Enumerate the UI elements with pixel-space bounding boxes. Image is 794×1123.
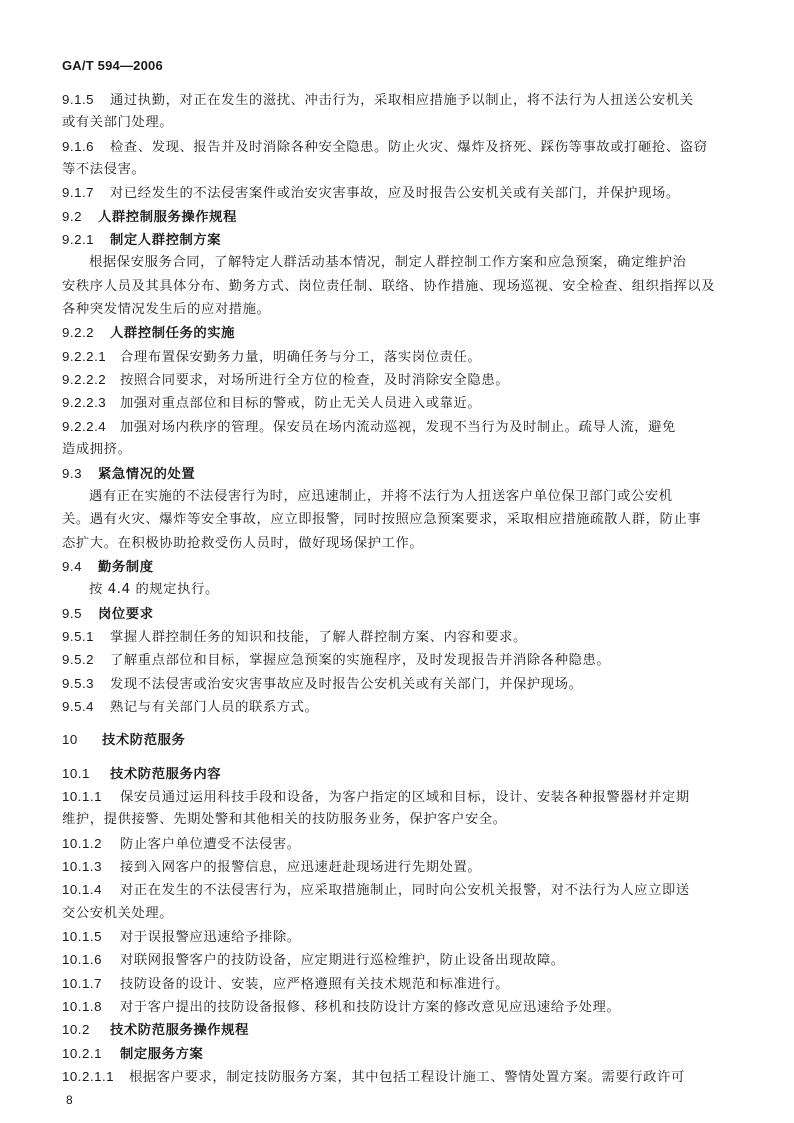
clause-text: 对联网报警客户的技防设备，应定期进行巡检维护，防止设备出现故障。: [120, 953, 565, 968]
heading-text: 技术防范服务: [102, 733, 185, 748]
clause-number: 10.1.5: [62, 925, 120, 948]
clause: 9.2.2.4加强对场内秩序的管理。保安员在场内流动巡视，发现不当行为及时制止。…: [62, 415, 732, 438]
clause-number: 9.5: [62, 602, 98, 625]
clause: 10.1.1保安员通过运用科技手段和设备，为客户指定的区域和目标，设计、安装各种…: [62, 785, 732, 808]
clause-number: 9.1.5: [62, 88, 110, 111]
clause: 9.1.5通过执勤，对正在发生的滋扰、冲击行为，采取相应措施予以制止，将不法行为…: [62, 88, 732, 111]
clause: 10.1.6对联网报警客户的技防设备，应定期进行巡检维护，防止设备出现故障。: [62, 948, 732, 971]
clause-number: 10.2: [62, 1018, 110, 1041]
standard-code-header: GA/T 594—2006: [62, 58, 163, 73]
section-heading: 9.3紧急情况的处置: [62, 462, 732, 485]
clause-text: 对正在发生的不法侵害行为，应采取措施制止，同时向公安机关报警，对不法行为人应立即…: [120, 883, 690, 898]
clause-text: 安秩序人员及其具体分布、勤务方式、岗位责任制、联络、协作措施、现场巡视、安全检查…: [62, 279, 715, 294]
heading-text: 勤务制度: [98, 560, 154, 575]
clause: 9.5.1掌握人群控制任务的知识和技能，了解人群控制方案、内容和要求。: [62, 625, 732, 648]
section-heading: 10技术防范服务: [62, 728, 732, 751]
clause: 10.1.5对于误报警应迅速给予排除。: [62, 925, 732, 948]
clause-text: 造成拥挤。: [62, 442, 131, 457]
clause-text: 加强对场内秩序的管理。保安员在场内流动巡视，发现不当行为及时制止。疏导人流，避免: [120, 420, 676, 435]
paragraph-line: 各种突发情况发生后的应对措施。: [62, 298, 732, 321]
clause-text: 对已经发生的不法侵害案件或治安灾害事故，应及时报告公安机关或有关部门，并保护现场…: [110, 186, 680, 201]
clause-text: 各种突发情况发生后的应对措施。: [62, 302, 270, 317]
clause-number: 9.2.2: [62, 321, 110, 344]
document-body: 9.1.5通过执勤，对正在发生的滋扰、冲击行为，采取相应措施予以制止，将不法行为…: [62, 88, 732, 1088]
clause-number: 10.1.8: [62, 995, 120, 1018]
clause-text: 对于误报警应迅速给予排除。: [120, 930, 301, 945]
paragraph-line: 交公安机关处理。: [62, 902, 732, 925]
clause-text: 技防设备的设计、安装，应严格遵照有关技术规范和标准进行。: [120, 977, 509, 992]
clause-text: 根据客户要求，制定技防服务方案，其中包括工程设计施工、警情处置方案。需要行政许可: [129, 1070, 685, 1085]
section-heading: 9.4勤务制度: [62, 555, 732, 578]
clause-number: 9.4: [62, 555, 98, 578]
paragraph-line: 造成拥挤。: [62, 438, 732, 461]
clause-number: 10.1: [62, 762, 110, 785]
clause-text: 合理布置保安勤务力量，明确任务与分工，落实岗位责任。: [120, 350, 481, 365]
clause-number: 9.2.2.1: [62, 345, 120, 368]
clause-number: 9.3: [62, 462, 98, 485]
clause-number: 9.1.7: [62, 181, 110, 204]
clause: 9.5.4熟记与有关部门人员的联系方式。: [62, 695, 732, 718]
clause-number: 10.1.1: [62, 785, 120, 808]
clause: 10.1.2防止客户单位遭受不法侵害。: [62, 832, 732, 855]
clause-text: 熟记与有关部门人员的联系方式。: [110, 700, 318, 715]
clause-number: 10.1.4: [62, 878, 120, 901]
section-heading: 9.2.1制定人群控制方案: [62, 228, 732, 251]
clause-text: 发现不法侵害或治安灾害事故应及时报告公安机关或有关部门，并保护现场。: [110, 677, 583, 692]
clause-number: 10: [62, 728, 102, 751]
clause: 9.2.2.1合理布置保安勤务力量，明确任务与分工，落实岗位责任。: [62, 345, 732, 368]
page-number: 8: [66, 1093, 73, 1107]
clause-number: 10.2.1.1: [62, 1065, 129, 1088]
paragraph-line: 安秩序人员及其具体分布、勤务方式、岗位责任制、联络、协作措施、现场巡视、安全检查…: [62, 275, 732, 298]
paragraph-line: 态扩大。在积极协助抢救受伤人员时，做好现场保护工作。: [62, 532, 732, 555]
clause: 10.1.4对正在发生的不法侵害行为，应采取措施制止，同时向公安机关报警，对不法…: [62, 878, 732, 901]
clause: 9.5.3发现不法侵害或治安灾害事故应及时报告公安机关或有关部门，并保护现场。: [62, 672, 732, 695]
clause-number: 9.2.2.4: [62, 415, 120, 438]
heading-text: 技术防范服务内容: [110, 767, 221, 782]
heading-text: 制定服务方案: [120, 1047, 203, 1062]
clause: 9.1.7对已经发生的不法侵害案件或治安灾害事故，应及时报告公安机关或有关部门，…: [62, 181, 732, 204]
clause-number: 9.5.4: [62, 695, 110, 718]
heading-text: 人群控制任务的实施: [110, 326, 235, 341]
clause-text: 防止客户单位遭受不法侵害。: [120, 837, 301, 852]
paragraph-line: 或有关部门处理。: [62, 111, 732, 134]
clause-number: 9.5.1: [62, 625, 110, 648]
clause: 9.1.6检查、发现、报告并及时消除各种安全隐患。防止火灾、爆炸及挤死、踩伤等事…: [62, 135, 732, 158]
clause-number: 9.5.3: [62, 672, 110, 695]
paragraph-line: 关。遇有火灾、爆炸等安全事故，应立即报警，同时按照应急预案要求，采取相应措施疏散…: [62, 508, 732, 531]
heading-text: 岗位要求: [98, 607, 154, 622]
section-heading: 9.5岗位要求: [62, 602, 732, 625]
clause-text: 遇有正在实施的不法侵害行为时，应迅速制止，并将不法行为人扭送客户单位保卫部门或公…: [89, 489, 673, 504]
clause-text: 保安员通过运用科技手段和设备，为客户指定的区域和目标，设计、安装各种报警器材并定…: [120, 790, 690, 805]
clause: 10.1.8对于客户提出的技防设备报修、移机和技防设计方案的修改意见应迅速给予处…: [62, 995, 732, 1018]
section-heading: 10.2技术防范服务操作规程: [62, 1018, 732, 1041]
clause-number: 10.1.2: [62, 832, 120, 855]
clause-text: 对于客户提出的技防设备报修、移机和技防设计方案的修改意见应迅速给予处理。: [120, 1000, 620, 1015]
section-heading: 10.1技术防范服务内容: [62, 762, 732, 785]
clause-number: 9.2.1: [62, 228, 110, 251]
clause-text: 根据保安服务合同，了解特定人群活动基本情况，制定人群控制工作方案和应急预案，确定…: [89, 255, 687, 270]
clause-text: 加强对重点部位和目标的警戒，防止无关人员进入或靠近。: [120, 396, 481, 411]
clause-text: 交公安机关处理。: [62, 906, 173, 921]
heading-text: 技术防范服务操作规程: [110, 1023, 249, 1038]
paragraph-line: 等不法侵害。: [62, 158, 732, 181]
clause-number: 10.1.6: [62, 948, 120, 971]
clause-number: 9.2: [62, 205, 98, 228]
clause-text: 或有关部门处理。: [62, 115, 173, 130]
clause: 10.1.7技防设备的设计、安装，应严格遵照有关技术规范和标准进行。: [62, 972, 732, 995]
clause-number: 9.2.2.2: [62, 368, 120, 391]
clause-text: 接到入网客户的报警信息，应迅速赶赴现场进行先期处置。: [120, 860, 481, 875]
clause-number: 10.1.7: [62, 972, 120, 995]
clause: 9.5.2了解重点部位和目标，掌握应急预案的实施程序，及时发现报告并消除各种隐患…: [62, 648, 732, 671]
paragraph-line: 遇有正在实施的不法侵害行为时，应迅速制止，并将不法行为人扭送客户单位保卫部门或公…: [62, 485, 732, 508]
clause-number: 10.2.1: [62, 1042, 120, 1065]
clause-number: 9.5.2: [62, 648, 110, 671]
clause: 10.1.3接到入网客户的报警信息，应迅速赶赴现场进行先期处置。: [62, 855, 732, 878]
clause-text: 了解重点部位和目标，掌握应急预案的实施程序，及时发现报告并消除各种隐患。: [110, 653, 610, 668]
clause-text: 检查、发现、报告并及时消除各种安全隐患。防止火灾、爆炸及挤死、踩伤等事故或打砸抢…: [110, 140, 708, 155]
clause: 9.2.2.3加强对重点部位和目标的警戒，防止无关人员进入或靠近。: [62, 391, 732, 414]
clause-text: 等不法侵害。: [62, 162, 145, 177]
section-heading: 9.2人群控制服务操作规程: [62, 205, 732, 228]
heading-text: 人群控制服务操作规程: [98, 210, 237, 225]
section-heading: 10.2.1制定服务方案: [62, 1042, 732, 1065]
clause-text: 按 4.4 的规定执行。: [89, 582, 219, 597]
clause-number: 10.1.3: [62, 855, 120, 878]
clause: 9.2.2.2按照合同要求，对场所进行全方位的检查，及时消除安全隐患。: [62, 368, 732, 391]
clause-text: 通过执勤，对正在发生的滋扰、冲击行为，采取相应措施予以制止，将不法行为人扭送公安…: [110, 93, 694, 108]
clause-text: 按照合同要求，对场所进行全方位的检查，及时消除安全隐患。: [120, 373, 509, 388]
clause-number: 9.1.6: [62, 135, 110, 158]
clause-text: 掌握人群控制任务的知识和技能，了解人群控制方案、内容和要求。: [110, 630, 527, 645]
clause-text: 关。遇有火灾、爆炸等安全事故，应立即报警，同时按照应急预案要求，采取相应措施疏散…: [62, 512, 701, 527]
paragraph-line: 维护，提供接警、先期处警和其他相关的技防服务业务，保护客户安全。: [62, 808, 732, 831]
heading-text: 紧急情况的处置: [98, 467, 195, 482]
clause-text: 态扩大。在积极协助抢救受伤人员时，做好现场保护工作。: [62, 536, 423, 551]
paragraph-line: 按 4.4 的规定执行。: [62, 578, 732, 601]
clause-number: 9.2.2.3: [62, 391, 120, 414]
section-heading: 9.2.2人群控制任务的实施: [62, 321, 732, 344]
heading-text: 制定人群控制方案: [110, 233, 221, 248]
paragraph-line: 根据保安服务合同，了解特定人群活动基本情况，制定人群控制工作方案和应急预案，确定…: [62, 251, 732, 274]
clause: 10.2.1.1根据客户要求，制定技防服务方案，其中包括工程设计施工、警情处置方…: [62, 1065, 732, 1088]
clause-text: 维护，提供接警、先期处警和其他相关的技防服务业务，保护客户安全。: [62, 812, 507, 827]
